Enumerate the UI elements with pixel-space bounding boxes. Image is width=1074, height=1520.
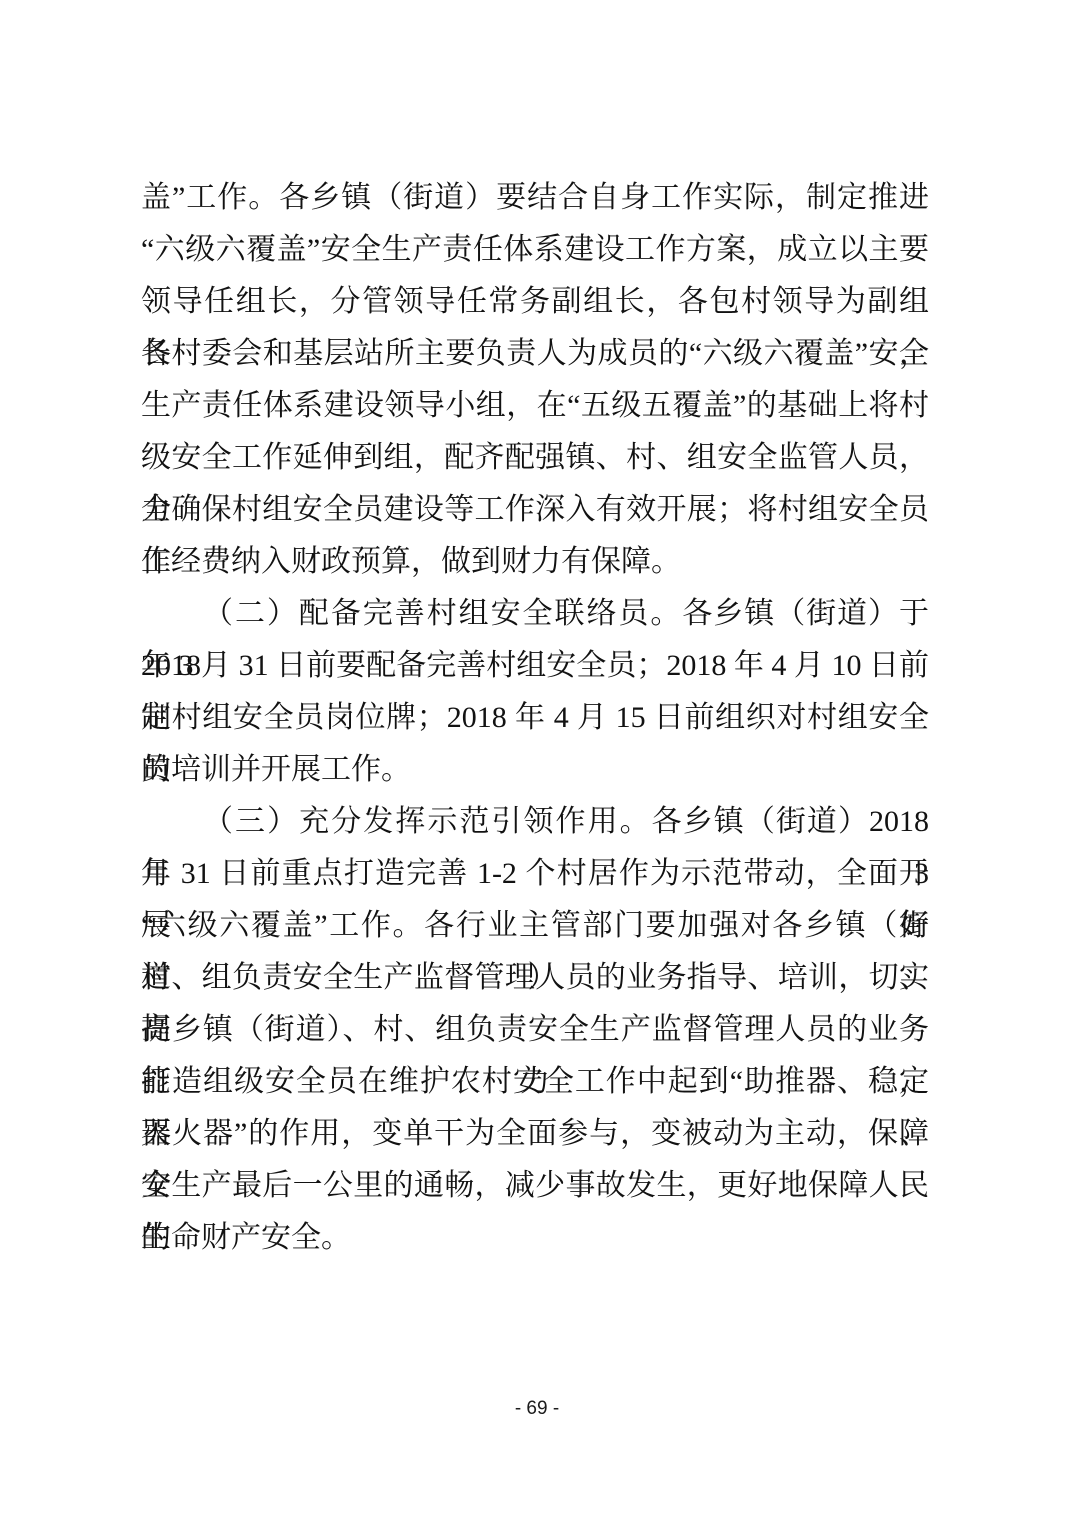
page-body-text: 盖”工作。各乡镇（街道）要结合自身工作实际，制定推进 “六级六覆盖”安全生产责任… <box>141 172 929 1264</box>
text-line: 各村委会和基层站所主要负责人为成员的“六级六覆盖”安全 <box>141 328 929 380</box>
text-line: “六级六覆盖”安全生产责任体系建设工作方案，成立以主要 <box>141 224 929 276</box>
text-line: 作经费纳入财政预算，做到财力有保障。 <box>141 536 929 588</box>
section-heading-3: （三）充分发挥示范引领作用。 <box>203 805 652 838</box>
text-line: “六级六覆盖”工作。各行业主管部门要加强对各乡镇（街道）、 <box>141 900 929 952</box>
text-line: （三）充分发挥示范引领作用。各乡镇（街道）2018 年 3 <box>141 796 929 848</box>
text-line: 灭火器”的作用，变单干为全面参与，变被动为主动，保障安 <box>141 1108 929 1160</box>
section-heading-2: （二）配备完善村组安全联络员。 <box>203 597 682 630</box>
text-line: 生产责任体系建设领导小组，在“五级五覆盖”的基础上将村 <box>141 380 929 432</box>
text-line: 级安全工作延伸到组，配齐配强镇、村、组安全监管人员，全 <box>141 432 929 484</box>
line-text: 作经费纳入财政预算，做到财力有保障。 <box>141 545 681 578</box>
line-text: 盖”工作。各乡镇（街道）要结合自身工作实际，制定推进 <box>141 181 929 214</box>
page-number: - 69 - <box>0 1398 1074 1420</box>
line-text: 各村委会和基层站所主要负责人为成员的“六级六覆盖”安全 <box>141 337 929 370</box>
line-text: 生产责任体系建设领导小组，在“五级五覆盖”的基础上将村 <box>141 389 929 422</box>
text-line: 生命财产安全。 <box>141 1212 929 1264</box>
line-text: 的培训并开展工作。 <box>141 753 411 786</box>
text-line: 月 31 日前重点打造完善 1-2 个村居作为示范带动，全面开展好 <box>141 848 929 900</box>
text-line: 村、组负责安全生产监督管理人员的业务指导、培训，切实提 <box>141 952 929 1004</box>
text-line: 盖”工作。各乡镇（街道）要结合自身工作实际，制定推进 <box>141 172 929 224</box>
text-line: 高乡镇（街道）、村、组负责安全生产监督管理人员的业务能力， <box>141 1004 929 1056</box>
text-line: 全生产最后一公里的通畅，减少事故发生，更好地保障人民的 <box>141 1160 929 1212</box>
text-line: 定村组安全员岗位牌；2018 年 4 月 15 日前组织对村组安全员 <box>141 692 929 744</box>
line-text: 生命财产安全。 <box>141 1221 351 1254</box>
text-line: （二）配备完善村组安全联络员。各乡镇（街道）于 2018 <box>141 588 929 640</box>
text-line: 力确保村组安全员建设等工作深入有效开展；将村组安全员工 <box>141 484 929 536</box>
line-text: “六级六覆盖”安全生产责任体系建设工作方案，成立以主要 <box>141 233 929 266</box>
text-line: 打造组级安全员在维护农村安全工作中起到“助推器、稳定器、 <box>141 1056 929 1108</box>
text-line: 的培训并开展工作。 <box>141 744 929 796</box>
text-line: 年 3 月 31 日前要配备完善村组安全员；2018 年 4 月 10 日前制 <box>141 640 929 692</box>
text-line: 领导任组长，分管领导任常务副组长，各包村领导为副组长， <box>141 276 929 328</box>
document-page: 盖”工作。各乡镇（街道）要结合自身工作实际，制定推进 “六级六覆盖”安全生产责任… <box>0 0 1074 1520</box>
